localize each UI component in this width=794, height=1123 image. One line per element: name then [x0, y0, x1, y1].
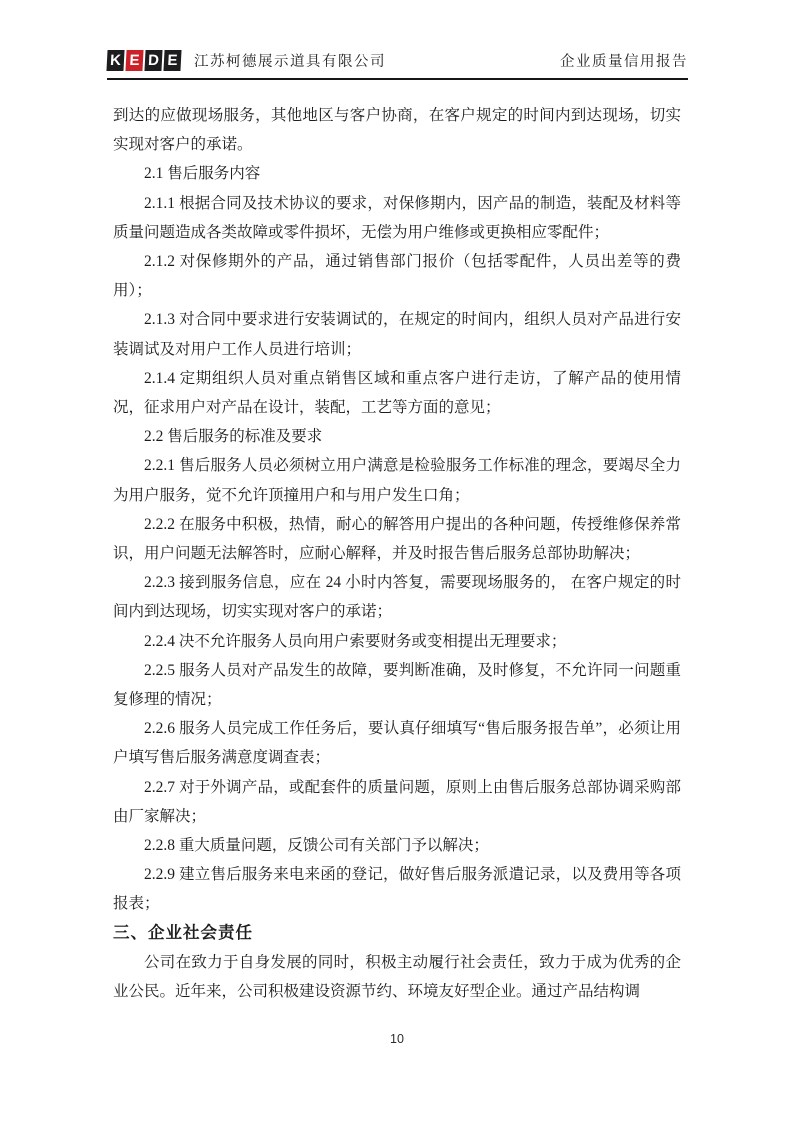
logo-letter-tile: E	[125, 50, 143, 71]
section-heading: 三、企业社会责任	[113, 919, 681, 948]
paragraph: 2.2.8 重大质量问题，反馈公司有关部门予以解决；	[113, 831, 681, 860]
kede-logo: KEDE	[106, 50, 181, 71]
header-rule	[107, 78, 688, 80]
paragraph: 2.1.3 对合同中要求进行安装调试的，在规定的时间内，组织人员对产品进行安装调…	[113, 305, 681, 363]
paragraph: 2.1 售后服务内容	[113, 159, 681, 188]
paragraph: 2.2 售后服务的标准及要求	[113, 422, 681, 451]
paragraph: 到达的应做现场服务，其他地区与客户协商，在客户规定的时间内到达现场，切实实现对客…	[113, 101, 681, 159]
paragraph: 公司在致力于自身发展的同时，积极主动履行社会责任，致力于成为优秀的企业公民。近年…	[113, 948, 681, 1006]
paragraph: 2.2.4 决不允许服务人员向用户索要财务或变相提出无理要求；	[113, 627, 681, 656]
paragraph: 2.1.2 对保修期外的产品，通过销售部门报价（包括零配件，人员出差等的费用）；	[113, 247, 681, 305]
paragraph: 2.2.7 对于外调产品，或配套件的质量问题，原则上由售后服务总部协调采购部由厂…	[113, 773, 681, 831]
paragraph: 2.2.1 售后服务人员必须树立用户满意是检验服务工作标准的理念，要竭尽全力为用…	[113, 451, 681, 509]
paragraph: 2.2.5 服务人员对产品发生的故障，要判断准确，及时修复，不允许同一问题重复修…	[113, 656, 681, 714]
logo-letter-tile: E	[163, 50, 181, 71]
paragraph: 2.1.1 根据合同及技术协议的要求，对保修期内，因产品的制造，装配及材料等质量…	[113, 189, 681, 247]
document-body: 到达的应做现场服务，其他地区与客户协商，在客户规定的时间内到达现场，切实实现对客…	[113, 101, 681, 1006]
page: KEDE 江苏柯德展示道具有限公司 企业质量信用报告 到达的应做现场服务，其他地…	[0, 0, 794, 1123]
header-row: KEDE 江苏柯德展示道具有限公司 企业质量信用报告	[107, 50, 688, 71]
paragraph: 2.2.3 接到服务信息，应在 24 小时内答复，需要现场服务的， 在客户规定的…	[113, 568, 681, 626]
paragraph: 2.2.9 建立售后服务来电来函的登记，做好售后服务派遣记录，以及费用等各项报表…	[113, 860, 681, 918]
logo-letter-tile: K	[106, 50, 124, 71]
page-footer: 10	[0, 1032, 794, 1046]
report-header: KEDE 江苏柯德展示道具有限公司 企业质量信用报告	[107, 50, 688, 80]
paragraph: 2.1.4 定期组织人员对重点销售区域和重点客户进行走访，了解产品的使用情况，征…	[113, 364, 681, 422]
paragraph: 2.2.6 服务人员完成工作任务后，要认真仔细填写“售后服务报告单”，必须让用户…	[113, 714, 681, 772]
paragraph: 2.2.2 在服务中积极，热情，耐心的解答用户提出的各种问题，传授维修保养常识，…	[113, 510, 681, 568]
logo-letter-tile: D	[144, 50, 162, 71]
report-title: 企业质量信用报告	[560, 50, 688, 71]
page-number: 10	[390, 1032, 404, 1046]
company-name: 江苏柯德展示道具有限公司	[194, 50, 386, 71]
